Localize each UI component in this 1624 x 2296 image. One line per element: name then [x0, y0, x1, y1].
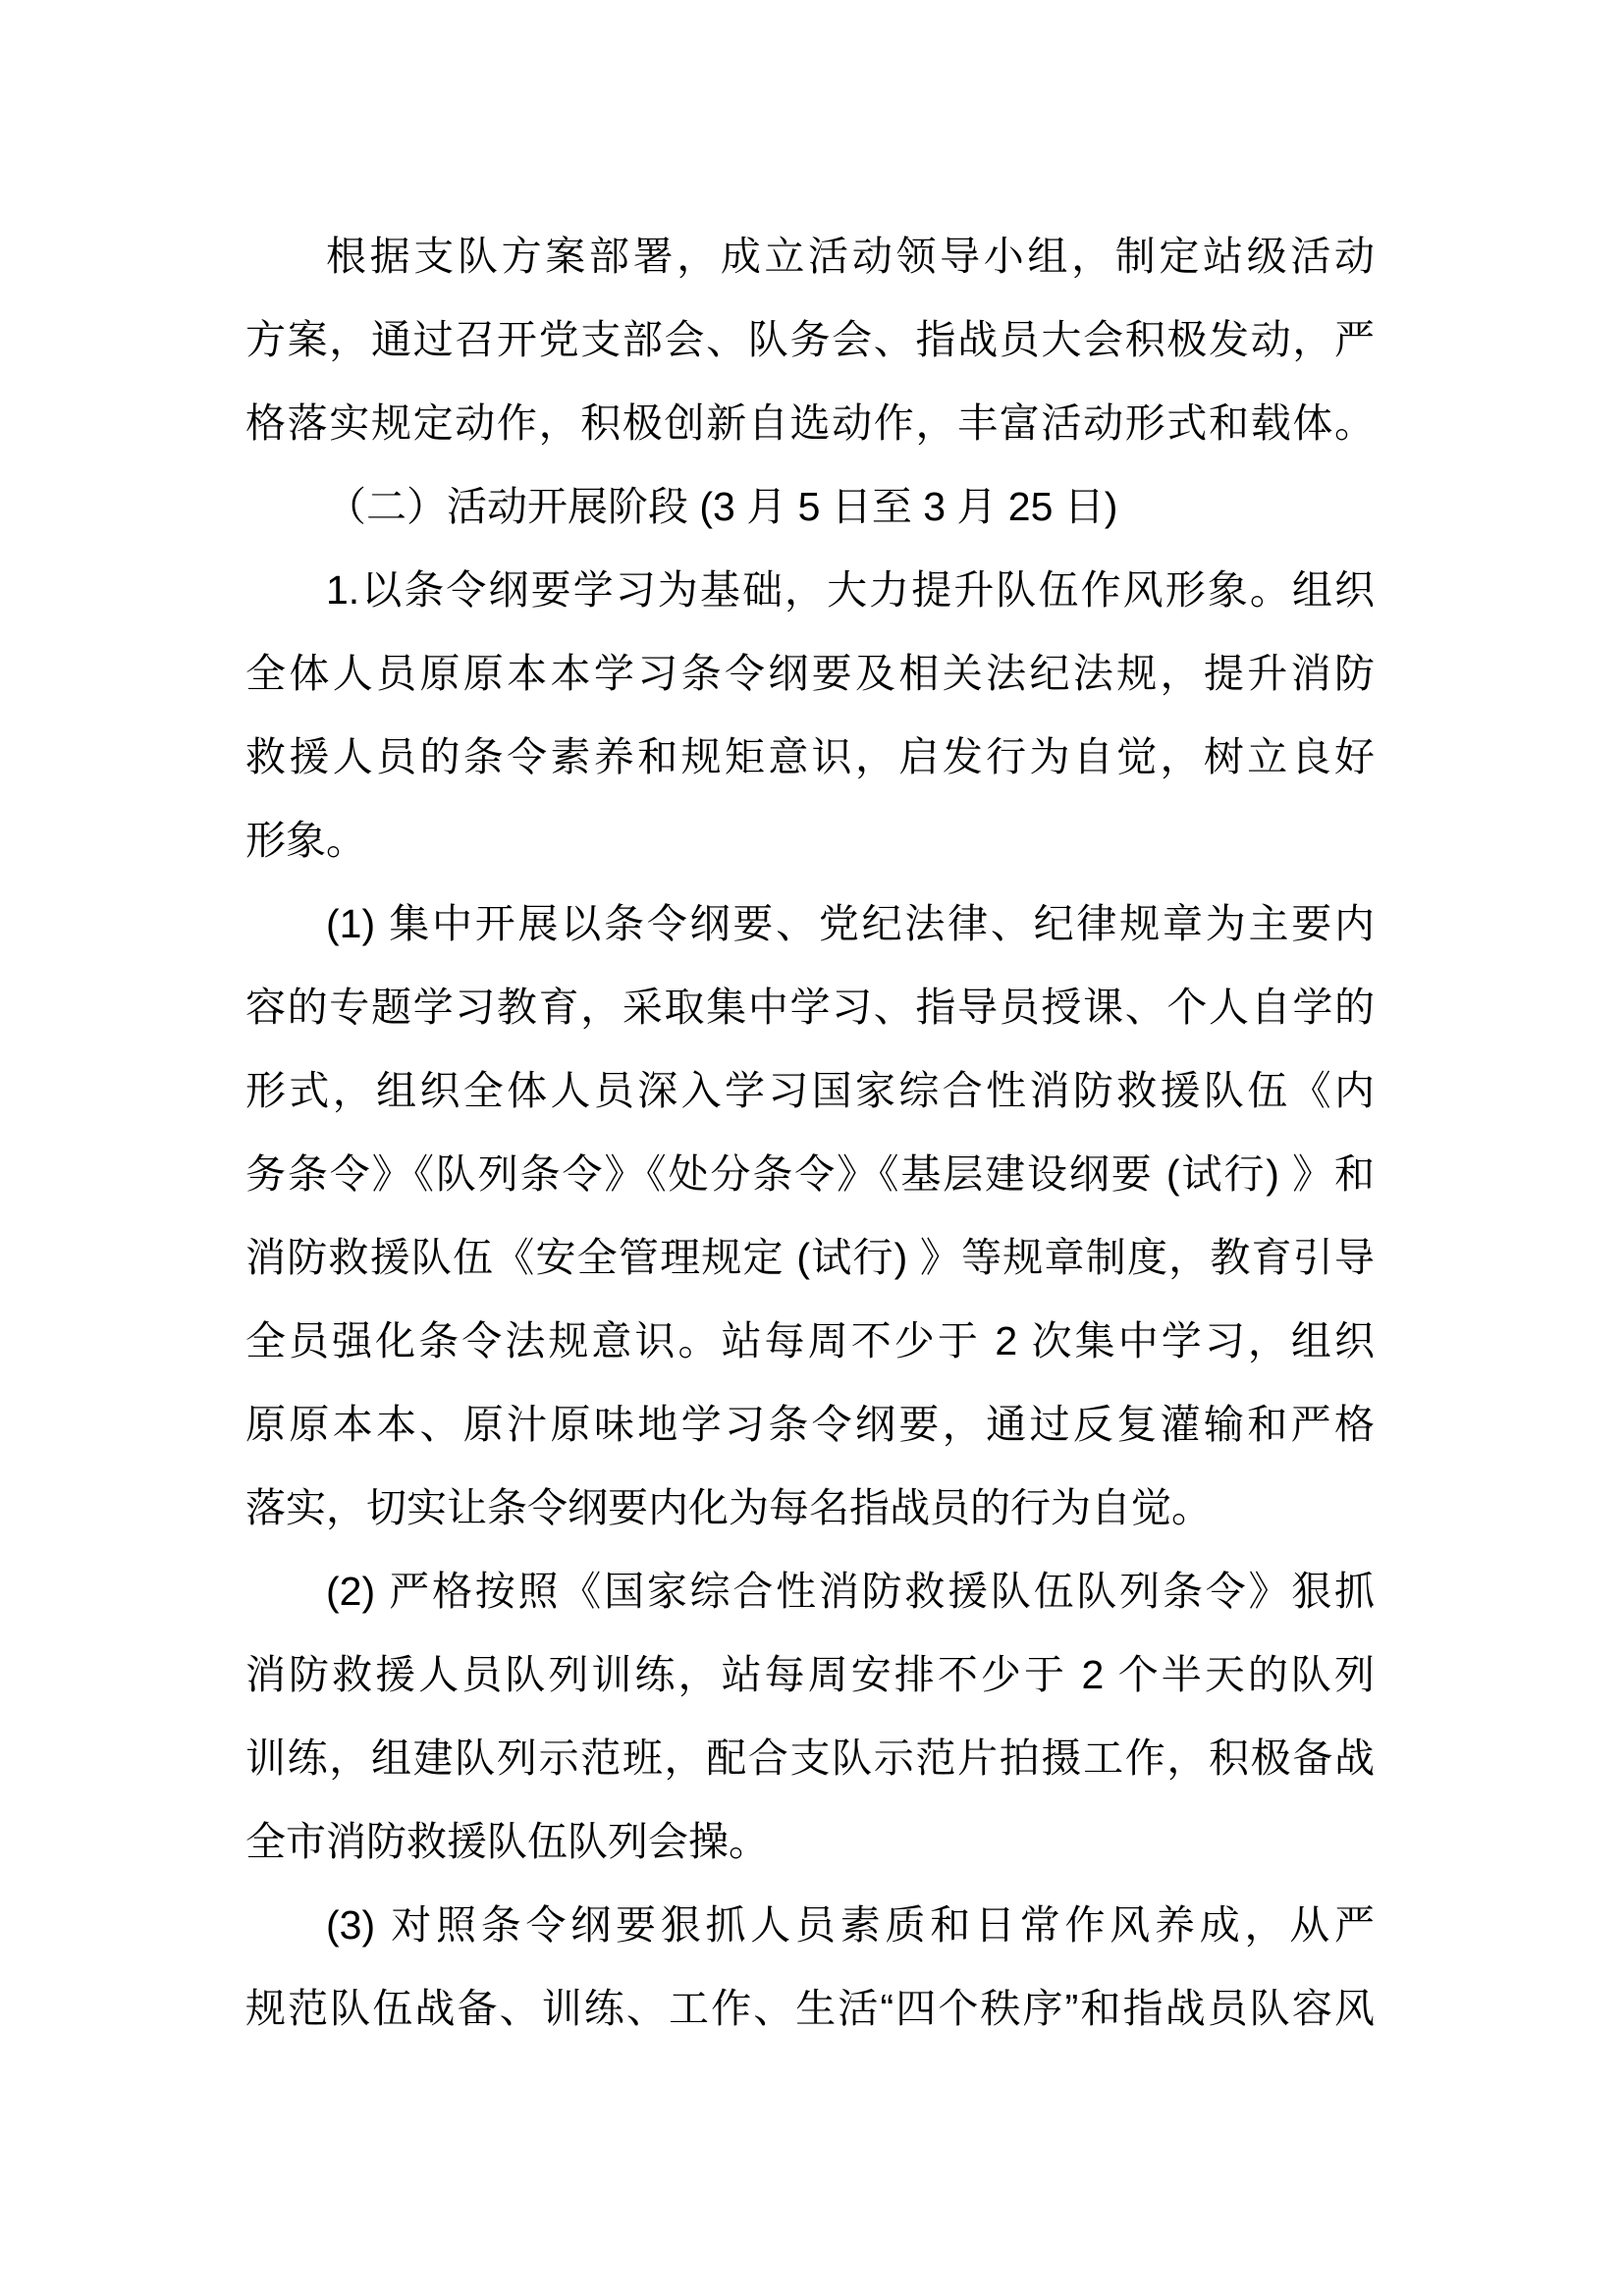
- text-line: 消防救援队伍《安全管理规定 (试行) 》等规章制度，教育引导: [245, 1216, 1375, 1300]
- heading-stage-two: （二）活动开展阶段 (3 月 5 日至 3 月 25 日): [245, 465, 1375, 549]
- para-item-1-overview: 1.以条令纲要学习为基础，大力提升队伍作风形象。组织全体人员原原本本学习条令纲要…: [245, 549, 1375, 882]
- text-line: (2) 严格按照《国家综合性消防救援队伍队列条令》狠抓: [245, 1550, 1375, 1633]
- text-line: 消防救援人员队列训练，站每周安排不少于 2 个半天的队列: [245, 1633, 1375, 1717]
- text-line: 方案，通过召开党支部会、队务会、指战员大会积极发动，严: [245, 298, 1375, 382]
- para-subitem-1-study: (1) 集中开展以条令纲要、党纪法律、纪律规章为主要内容的专题学习教育，采取集中…: [245, 882, 1375, 1550]
- text-line: 救援人员的条令素养和规矩意识，启发行为自觉，树立良好: [245, 716, 1375, 799]
- text-line: (3) 对照条令纲要狠抓人员素质和日常作风养成，从严: [245, 1884, 1375, 1967]
- text-line: 全体人员原原本本学习条令纲要及相关法纪法规，提升消防: [245, 632, 1375, 716]
- para-preparation-stage: 根据支队方案部署，成立活动领导小组，制定站级活动方案，通过召开党支部会、队务会、…: [245, 215, 1375, 465]
- text-line: 容的专题学习教育，采取集中学习、指导员授课、个人自学的: [245, 966, 1375, 1049]
- text-line: 落实，切实让条令纲要内化为每名指战员的行为自觉。: [245, 1467, 1375, 1550]
- para-subitem-2-drill: (2) 严格按照《国家综合性消防救援队伍队列条令》狠抓消防救援人员队列训练，站每…: [245, 1550, 1375, 1884]
- para-subitem-3-conduct: (3) 对照条令纲要狠抓人员素质和日常作风养成，从严规范队伍战备、训练、工作、生…: [245, 1884, 1375, 2051]
- text-line: (1) 集中开展以条令纲要、党纪法律、纪律规章为主要内: [245, 882, 1375, 966]
- text-line: 形式，组织全体人员深入学习国家综合性消防救援队伍《内: [245, 1049, 1375, 1133]
- text-line: 全市消防救援队伍队列会操。: [245, 1800, 1375, 1884]
- text-line: 根据支队方案部署，成立活动领导小组，制定站级活动: [245, 215, 1375, 298]
- document-body: 根据支队方案部署，成立活动领导小组，制定站级活动方案，通过召开党支部会、队务会、…: [245, 215, 1375, 2051]
- document-page: 根据支队方案部署，成立活动领导小组，制定站级活动方案，通过召开党支部会、队务会、…: [0, 0, 1624, 2296]
- text-line: 务条令》《队列条令》《处分条令》《基层建设纲要 (试行) 》和: [245, 1133, 1375, 1216]
- text-line: 全员强化条令法规意识。站每周不少于 2 次集中学习，组织: [245, 1300, 1375, 1383]
- text-line: 原原本本、原汁原味地学习条令纲要，通过反复灌输和严格: [245, 1383, 1375, 1467]
- text-line: 格落实规定动作，积极创新自选动作，丰富活动形式和载体。: [245, 382, 1375, 465]
- text-line: （二）活动开展阶段 (3 月 5 日至 3 月 25 日): [245, 465, 1375, 549]
- text-line: 1.以条令纲要学习为基础，大力提升队伍作风形象。组织: [245, 549, 1375, 632]
- text-line: 训练，组建队列示范班，配合支队示范片拍摄工作，积极备战: [245, 1717, 1375, 1800]
- text-line: 规范队伍战备、训练、工作、生活“四个秩序”和指战员队容风: [245, 1967, 1375, 2051]
- text-line: 形象。: [245, 799, 1375, 882]
